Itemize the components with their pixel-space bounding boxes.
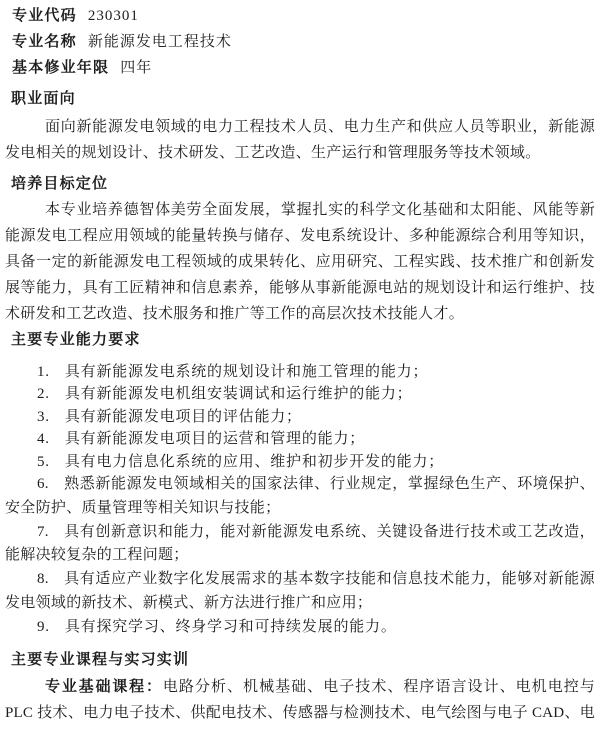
program-name-label: 专业名称	[12, 33, 77, 50]
section-title-objectives: 培养目标定位	[11, 171, 595, 197]
meta-row-code: 专业代码230301	[12, 3, 595, 29]
ability-item-number: 7.	[37, 524, 49, 540]
ability-item-text: 具有新能源发电机组安装调试和运行维护的能力；	[65, 386, 413, 402]
program-duration-value: 四年	[120, 60, 152, 76]
ability-item-text: 具有适应产业数字化发展需求的基本数字技能和信息技术能力，能够对新能源发电领域的新…	[5, 571, 595, 611]
section-title-courses: 主要专业课程与实习实训	[11, 647, 595, 673]
ability-item-text: 具有新能源发电系统的规划设计和施工管理的能力；	[65, 364, 428, 380]
section-title-abilities: 主要专业能力要求	[11, 327, 595, 353]
section-title-career: 职业面向	[11, 86, 595, 112]
ability-item-3: 3.具有新能源发电项目的评估能力；	[5, 406, 595, 428]
program-name-value: 新能源发电工程技术	[88, 34, 232, 50]
program-duration-label: 基本修业年限	[12, 59, 109, 76]
ability-item-number: 5.	[37, 454, 50, 470]
ability-item-number: 9.	[37, 619, 50, 635]
ability-item-text: 具有新能源发电项目的运营和管理的能力；	[65, 431, 365, 447]
program-code-value: 230301	[88, 8, 139, 24]
ability-item-text: 具有创新意识和能力，能对新能源发电系统、关键设备进行技术或工艺改造，能解决较复杂…	[5, 524, 595, 564]
ability-item-text: 具有探究学习、终身学习和可持续发展的能力。	[65, 619, 397, 635]
ability-item-number: 3.	[37, 409, 50, 425]
ability-item-text: 具有新能源发电项目的评估能力；	[65, 409, 302, 425]
ability-item-number: 8.	[37, 571, 49, 587]
ability-item-number: 4.	[37, 431, 50, 447]
career-paragraph: 面向新能源发电领域的电力工程技术人员、电力生产和供应人员等职业，新能源发电相关的…	[5, 114, 595, 166]
meta-row-name: 专业名称新能源发电工程技术	[12, 29, 595, 55]
ability-item-text: 熟悉新能源发电领域相关的国家法律、行业规定，掌握绿色生产、环境保护、安全防护、质…	[5, 476, 595, 516]
ability-item-9: 9.具有探究学习、终身学习和可持续发展的能力。	[5, 616, 595, 638]
ability-item-8: 8.具有适应产业数字化发展需求的基本数字技能和信息技术能力，能够对新能源发电领域…	[5, 568, 595, 616]
courses-paragraph: 专业基础课程：电路分析、机械基础、电子技术、程序语言设计、电机电控与 PLC 技…	[5, 674, 595, 726]
ability-item-6: 6.熟悉新能源发电领域相关的国家法律、行业规定，掌握绿色生产、环境保护、安全防护…	[5, 473, 595, 521]
ability-requirements-list: 1.具有新能源发电系统的规划设计和施工管理的能力； 2.具有新能源发电机组安装调…	[5, 361, 595, 638]
ability-item-number: 2.	[37, 386, 50, 402]
document-page: 专业代码230301 专业名称新能源发电工程技术 基本修业年限四年 职业面向 面…	[0, 0, 606, 731]
meta-row-duration: 基本修业年限四年	[12, 55, 595, 81]
ability-item-number: 6.	[37, 476, 49, 492]
ability-item-4: 4.具有新能源发电项目的运营和管理的能力；	[5, 428, 595, 450]
ability-item-5: 5.具有电力信息化系统的应用、维护和初步开发的能力；	[5, 451, 595, 473]
basic-courses-label: 专业基础课程：	[45, 678, 163, 695]
ability-item-1: 1.具有新能源发电系统的规划设计和施工管理的能力；	[5, 361, 595, 383]
objectives-paragraph: 本专业培养德智体美劳全面发展，掌握扎实的科学文化基础和太阳能、风能等新能源发电工…	[5, 197, 595, 327]
ability-item-text: 具有电力信息化系统的应用、维护和初步开发的能力；	[65, 454, 444, 470]
ability-item-7: 7.具有创新意识和能力，能对新能源发电系统、关键设备进行技术或工艺改造，能解决较…	[5, 521, 595, 569]
program-code-label: 专业代码	[12, 7, 77, 24]
ability-item-2: 2.具有新能源发电机组安装调试和运行维护的能力；	[5, 383, 595, 405]
ability-item-number: 1.	[37, 364, 50, 380]
